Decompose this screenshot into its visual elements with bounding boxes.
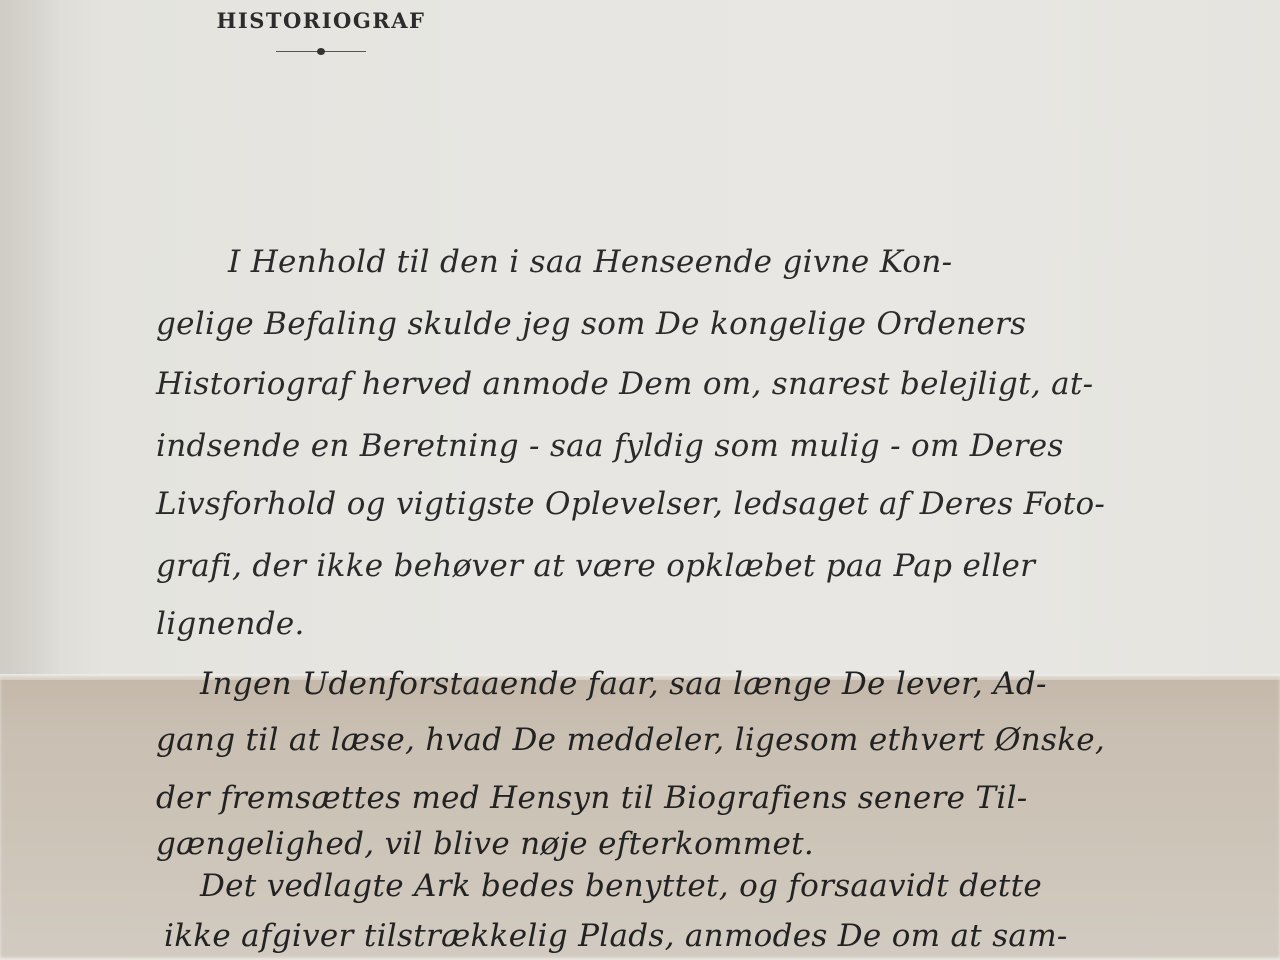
paragraph-1-line-7: lignende. [156,606,316,642]
paragraph-1-line-3: Historiograf herved anmode Dem om, snare… [156,366,1016,402]
paragraph-1-line-6: grafi, der ikke behøver at være opklæbet… [156,548,1012,584]
letter-header: HISTORIOGRAF [196,8,446,57]
paragraph-2-line-3: der fremsættes med Hensyn til Biografien… [156,780,1026,816]
header-title: HISTORIOGRAF [196,8,446,33]
ornament-divider-icon [276,47,366,57]
paragraph-2-line-2: gang til at læse, hvad De meddeler, lige… [156,722,1026,758]
paragraph-3-line-1: Det vedlagte Ark bedes benyttet, og fors… [200,868,1020,904]
paragraph-2-line-4: gængelighed, vil blive nøje efterkommet. [156,826,796,862]
paragraph-2-line-1: Ingen Udenforstaaende faar, saa længe De… [200,666,1026,702]
paragraph-1-line-4: indsende en Beretning - saa fyldig som m… [156,428,1012,464]
paragraph-1-line-1: I Henhold til den i saa Henseende givne … [228,244,1016,280]
paragraph-1-line-5: Livsforhold og vigtigste Oplevelser, led… [156,486,1016,522]
paragraph-3-line-2: ikke afgiver tilstrækkelig Plads, anmode… [164,918,1014,954]
paragraph-1-line-2: gelige Befaling skulde jeg som De kongel… [156,306,1012,342]
